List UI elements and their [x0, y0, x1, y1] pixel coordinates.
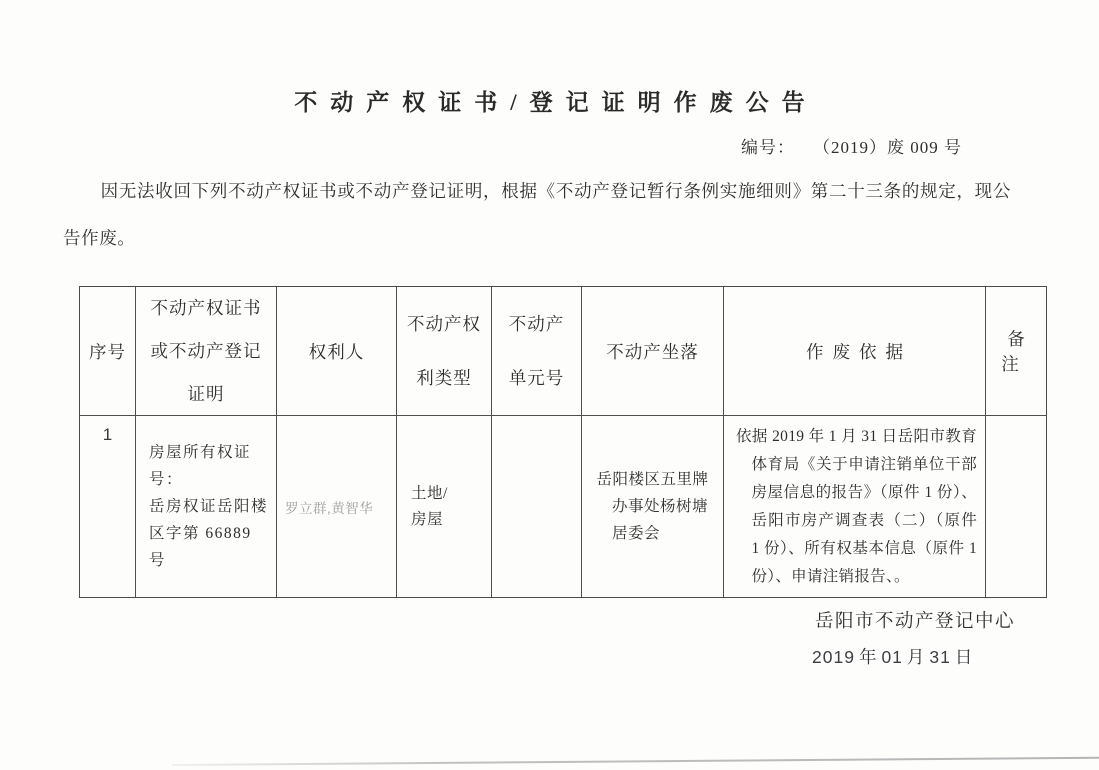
scan-artifact-line [172, 757, 1099, 766]
cell-right-type: 土地/房屋 [397, 416, 492, 597]
cell-unit-no [492, 416, 582, 597]
issue-date-year: 2019 [812, 647, 855, 667]
invalidation-table: 序号 不动产权证书或不动产登记证明 权利人 不动产权利类型 不动产单元号 不动产… [79, 286, 1047, 598]
col-header-location: 不动产坐落 [582, 287, 724, 416]
col-header-holder: 权利人 [277, 287, 397, 416]
intro-paragraph: 因无法收回下列不动产权证书或不动产登记证明，根据《不动产登记暂行条例实施细则》第… [63, 168, 1011, 262]
col-header-unit-no: 不动产单元号 [492, 287, 582, 416]
cell-remarks [986, 416, 1046, 597]
issue-date-day-label: 日 [955, 647, 974, 667]
issue-date: 2019年01月31日 [812, 644, 977, 669]
col-header-right-type: 不动产权利类型 [397, 287, 492, 416]
col-header-index: 序号 [80, 287, 136, 416]
page-title: 不动产权证书/登记证明作废公告 [0, 84, 1099, 117]
basis-text: 依据 2019 年 1 月 31 日岳阳市教育体育局《关于申请注销单位干部房屋信… [736, 423, 977, 591]
cell-basis: 依据 2019 年 1 月 31 日岳阳市教育体育局《关于申请注销单位干部房屋信… [724, 416, 986, 597]
scanned-notice-page: 不动产权证书/登记证明作废公告 编号：（2019）废 009 号 因无法收回下列… [0, 0, 1099, 770]
issue-date-month: 01 [881, 647, 902, 667]
col-header-remarks: 备注 [986, 287, 1046, 416]
cell-certificate: 房屋所有权证号：岳房权证岳阳楼区字第 66889 号 [136, 416, 277, 597]
col-header-basis: 作废依据 [724, 287, 986, 416]
location-text: 岳阳楼区五里牌办事处杨树塘居委会 [596, 466, 708, 547]
doc-number-value: （2019）废 009 号 [813, 138, 962, 157]
cell-holder: 罗立群,黄智华 [277, 416, 397, 597]
issue-date-day: 31 [929, 647, 950, 667]
cell-location: 岳阳楼区五里牌办事处杨树塘居委会 [582, 416, 724, 597]
cell-index: 1 [80, 416, 136, 597]
issuing-org: 岳阳市不动产登记中心 [815, 607, 1015, 633]
doc-number-label: 编号： [741, 138, 795, 157]
issue-date-year-label: 年 [859, 647, 878, 667]
doc-number: 编号：（2019）废 009 号 [741, 133, 962, 158]
issue-date-month-label: 月 [907, 647, 926, 667]
col-header-certificate: 不动产权证书或不动产登记证明 [136, 287, 277, 416]
